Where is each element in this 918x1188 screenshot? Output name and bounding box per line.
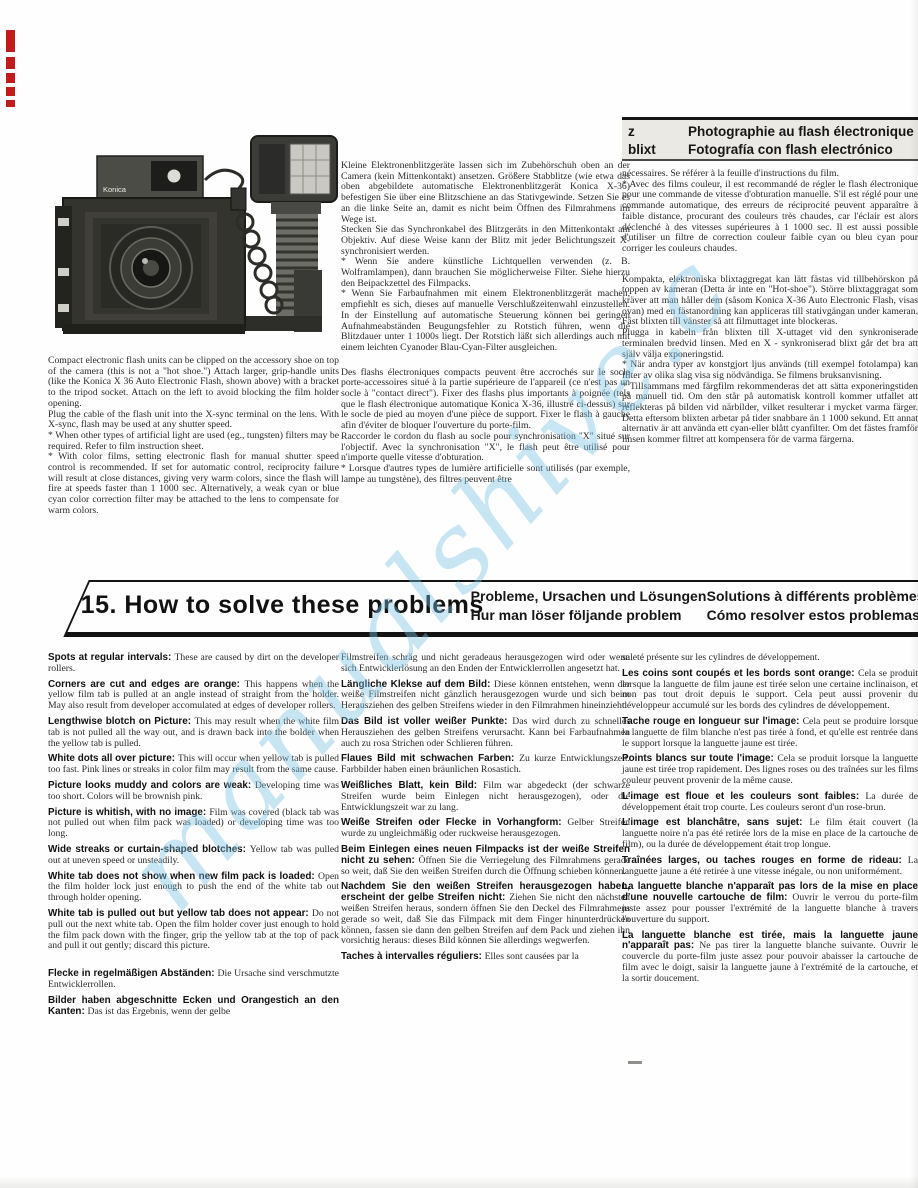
trouble-item: Flaues Bild mit schwachen Farben: Zu kur… <box>341 754 630 776</box>
trouble-item: Weißliches Blatt, kein Bild: Film war ab… <box>341 781 630 813</box>
trouble-item-body: saleté présente sur les cylindres de dév… <box>622 652 820 663</box>
trouble-item-lead: Tache rouge en longueur sur l'image: <box>622 716 803 727</box>
flash-header-left: z blixt <box>622 123 688 159</box>
trouble-item: La languette blanche n'apparaît pas lors… <box>622 882 918 925</box>
flash-header-left-line1: z <box>628 123 688 141</box>
trouble-item-body: Filmstreifen schräg und nicht geradeaus … <box>341 652 630 674</box>
paragraph: Raccorder le cordon du flash au socle po… <box>341 432 630 464</box>
trouble-item-lead: Weißliches Blatt, kein Bild: <box>341 780 483 791</box>
paragraph: Des flashs électroniques compacts peuven… <box>341 368 630 432</box>
intro-column-french-swedish: nécessaires. Se référer à la feuille d'i… <box>622 169 918 446</box>
trouble-item-lead: Lengthwise blotch on Picture: <box>48 716 194 727</box>
trouble-item: White tab does not show when new film pa… <box>48 872 339 904</box>
trouble-item-lead: Flaues Bild mit schwachen Farben: <box>341 753 519 764</box>
page-bottom-edge <box>0 1176 918 1188</box>
flash-header-right: Photographie au flash électronique Fotog… <box>688 123 918 159</box>
troubleshooting-column-3: saleté présente sur les cylindres de dév… <box>622 653 918 990</box>
camera-illustration: Konica <box>55 118 357 356</box>
troubleshooting-column-2: Filmstreifen schräg und nicht geradeaus … <box>341 653 630 968</box>
paragraph: * Wenn Sie andere künstliche Lichtquelle… <box>341 257 630 289</box>
trouble-item: Traînées larges, ou taches rouges en for… <box>622 856 918 878</box>
trouble-item: White tab is pulled out but yellow tab d… <box>48 909 339 952</box>
trouble-item-lead: L'image est floue et les couleurs sont f… <box>622 791 865 802</box>
trouble-item: Corners are cut and edges are orange: Th… <box>48 680 339 712</box>
trouble-item-lead: Picture looks muddy and colors are weak: <box>48 780 255 791</box>
trouble-item-lead: Wide streaks or curtain-shaped blotches: <box>48 844 250 855</box>
scan-artifact-dash <box>628 1061 642 1064</box>
trouble-item-lead: White tab is pulled out but yellow tab d… <box>48 908 312 919</box>
section-title-sv: Hur man löser följande problem <box>471 606 707 625</box>
trouble-item: White dots all over picture: This will o… <box>48 754 339 776</box>
paragraph: * Tillsammans med färgfilm rekommenderas… <box>622 382 918 446</box>
trouble-item-lead: Taches à intervalles réguliers: <box>341 951 485 962</box>
section-title: 15. How to solve these problems <box>81 591 484 620</box>
scanned-manual-page: { "page": { "watermark_text": "manualshi… <box>0 0 918 1188</box>
trouble-item-lead: Längliche Klekse auf dem Bild: <box>341 679 494 690</box>
trouble-item: Das Bild ist voller weißer Punkte: Das w… <box>341 717 630 749</box>
red-scan-mark <box>6 57 15 69</box>
trouble-item-lead: Points blancs sur toute l'image: <box>622 753 777 764</box>
paragraph: Plug the cable of the flash unit into th… <box>48 410 339 431</box>
trouble-item-lead: White tab does not show when new film pa… <box>48 871 318 882</box>
paragraph: Plugga in kabeln från blixten till X-utt… <box>622 328 918 360</box>
trouble-item-body: Elles sont causées par la <box>485 951 579 962</box>
section-title-de: Probleme, Ursachen und Lösungen <box>471 587 707 606</box>
trouble-item: Beim Einlegen eines neuen Filmpacks ist … <box>341 845 630 877</box>
section-title-es: Cómo resolver estos problemas <box>707 606 918 625</box>
trouble-item: Les coins sont coupés et les bords sont … <box>622 669 918 712</box>
trouble-item: Wide streaks or curtain-shaped blotches:… <box>48 845 339 867</box>
trouble-item-lead: Les coins sont coupés et les bords sont … <box>622 668 858 679</box>
trouble-item: Picture is whitish, with no image: Film … <box>48 808 339 840</box>
trouble-item: Nachdem Sie den weißen Streifen herausge… <box>341 882 630 947</box>
red-scan-mark <box>6 30 15 52</box>
red-scan-mark <box>6 100 15 107</box>
trouble-item-lead: Weiße Streifen oder Flecke in Vorhangfor… <box>341 817 567 828</box>
trouble-item-lead: White dots all over picture: <box>48 753 178 764</box>
flash-section-header: z blixt Photographie au flash électroniq… <box>622 117 918 161</box>
paragraph: Stecken Sie das Synchronkabel des Blitzg… <box>341 225 630 257</box>
trouble-item: Taches à intervalles réguliers: Elles so… <box>341 952 630 963</box>
red-scan-mark <box>6 73 15 83</box>
trouble-item-lead: Flecke in regelmäßigen Abständen: <box>48 968 218 979</box>
section-15-band: 15. How to solve these problems Probleme… <box>63 580 918 637</box>
paragraph: * With color films, setting electronic f… <box>48 452 339 516</box>
flash-header-title-fr: Photographie au flash électronique <box>688 123 918 141</box>
troubleshooting-column-1: Spots at regular intervals: These are ca… <box>48 653 339 1022</box>
red-scan-mark <box>6 87 15 96</box>
intro-column-german-french: Kleine Elektronenblitzgeräte lassen sich… <box>341 161 630 485</box>
trouble-item: Bilder haben abgeschnitte Ecken und Oran… <box>48 996 339 1018</box>
trouble-item: Points blancs sur toute l'image: Cela se… <box>622 754 918 786</box>
paragraph: * When other types of artificial light a… <box>48 431 339 452</box>
paragraph: Compact electronic flash units can be cl… <box>48 356 339 410</box>
trouble-item: Spots at regular intervals: These are ca… <box>48 653 339 675</box>
section-title-fr: Solutions à différents problèmes <box>707 587 918 606</box>
trouble-item: Lengthwise blotch on Picture: This may r… <box>48 717 339 749</box>
paragraph: Kompakta, elektroniska blixtaggregat kan… <box>622 275 918 329</box>
trouble-item-lead: Das Bild ist voller weißer Punkte: <box>341 716 512 727</box>
section-title-de-sv: Probleme, Ursachen und Lösungen Hur man … <box>471 587 707 625</box>
flash-header-title-es: Fotografía con flash electrónico <box>688 141 918 159</box>
trouble-item: La languette blanche est tirée, mais la … <box>622 931 918 985</box>
paragraph: * Wenn Sie Farbaufnahmen mit einem Elekt… <box>341 289 630 353</box>
trouble-item: Tache rouge en longueur sur l'image: Cel… <box>622 717 918 749</box>
trouble-item-lead: Picture is whitish, with no image: <box>48 807 209 818</box>
camera-flash-photo: Konica <box>55 118 357 356</box>
section-title-fr-es: Solutions à différents problèmes Cómo re… <box>707 587 918 625</box>
trouble-item-lead: Spots at regular intervals: <box>48 652 175 663</box>
trouble-item-lead: Corners are cut and edges are orange: <box>48 679 245 690</box>
camera-brand-label: Konica <box>103 185 127 194</box>
trouble-item: L'image est blanchâtre, sans sujet: Le f… <box>622 818 918 850</box>
trouble-item: Längliche Klekse auf dem Bild: Diese kön… <box>341 680 630 712</box>
trouble-item: saleté présente sur les cylindres de dév… <box>622 653 918 664</box>
flash-header-left-line2: blixt <box>628 141 688 159</box>
trouble-item: L'image est floue et les couleurs sont f… <box>622 792 918 814</box>
trouble-item: Flecke in regelmäßigen Abständen: Die Ur… <box>48 969 339 991</box>
section-15-band-content: 15. How to solve these problems Probleme… <box>79 582 918 632</box>
paragraph: * Lorsque d'autres types de lumière arti… <box>341 464 630 485</box>
trouble-item-lead: Traînées larges, ou taches rouges en for… <box>622 855 908 866</box>
paragraph: * När andra typer av konstgjort ljus anv… <box>622 360 918 381</box>
trouble-item-body: Das ist das Ergebnis, wenn der gelbe <box>88 1006 231 1017</box>
trouble-item-lead: L'image est blanchâtre, sans sujet: <box>622 817 809 828</box>
paragraph: Kleine Elektronenblitzgeräte lassen sich… <box>341 161 630 225</box>
paragraph: * Avec des films couleur, il est recomma… <box>622 180 918 255</box>
intro-column-english: Compact electronic flash units can be cl… <box>48 356 339 517</box>
trouble-item: Picture looks muddy and colors are weak:… <box>48 781 339 803</box>
trouble-item: Weiße Streifen oder Flecke in Vorhangfor… <box>341 818 630 840</box>
page-right-edge <box>910 0 918 1188</box>
trouble-item: Filmstreifen schräg und nicht geradeaus … <box>341 653 630 675</box>
